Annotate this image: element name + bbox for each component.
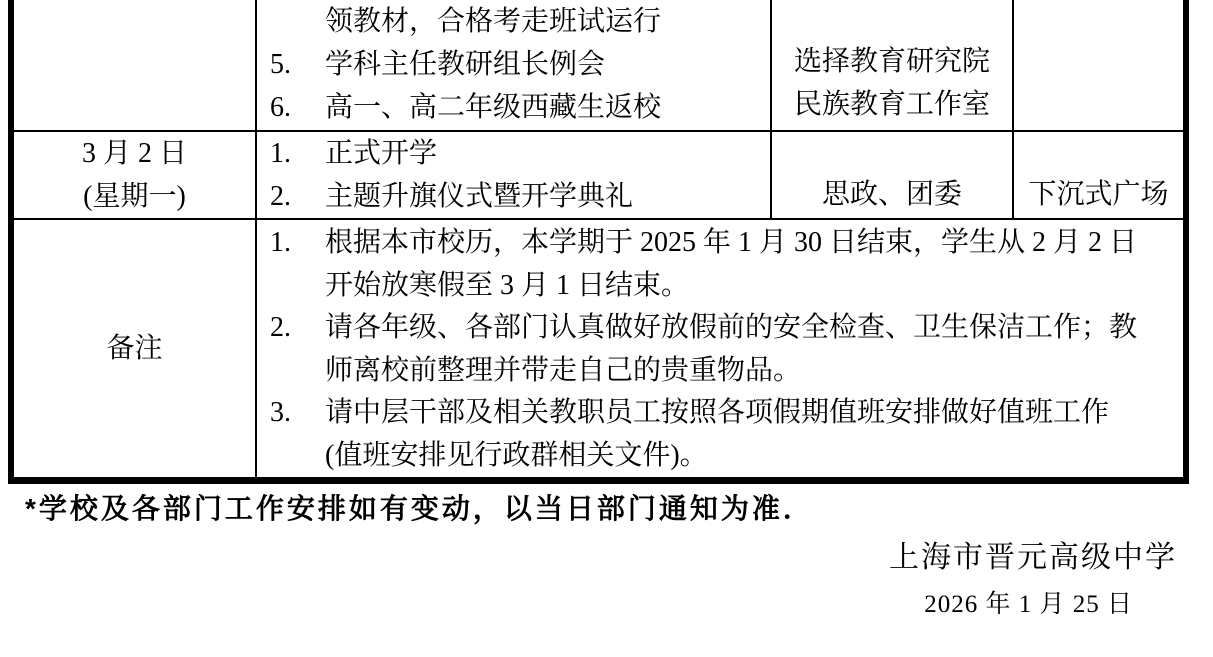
department-line: 选择教育研究院 xyxy=(772,40,1012,83)
remark-line: 师离校前整理并带走自己的贵重物品。 xyxy=(325,350,1183,393)
item-number: 2. xyxy=(270,307,325,392)
item-number: 2. xyxy=(270,175,325,218)
item-text: 正式开学 xyxy=(325,132,770,175)
activities-cell: 领教材，合格考走班试运行 5. 学科主任教研组长例会 6. 高一、高二年级西藏生… xyxy=(255,0,770,130)
table-row: 3 月 2 日 (星期一) 1. 正式开学 2. 主题升旗仪式暨开学典礼 xyxy=(14,130,1183,218)
item-text: 领教材，合格考走班试运行 xyxy=(325,0,770,43)
location-cell: 下沉式广场 xyxy=(1012,132,1183,218)
location-cell xyxy=(1012,0,1183,130)
location-line: 下沉式广场 xyxy=(1014,173,1183,216)
item-text: 高一、高二年级西藏生返校 xyxy=(325,86,770,129)
item-number: 1. xyxy=(270,222,325,307)
department-cell: 选择教育研究院 民族教育工作室 xyxy=(770,0,1012,130)
remarks-label: 备注 xyxy=(106,327,162,370)
remarks-label-cell: 备注 xyxy=(14,220,255,477)
item-text: 主题升旗仪式暨开学典礼 xyxy=(325,175,770,218)
remarks-content-cell: 1. 根据本市校历，本学期于 2025 年 1 月 30 日结束，学生从 2 月… xyxy=(255,220,1183,477)
date-line: (星期一) xyxy=(14,175,255,218)
remark-line: 请中层干部及相关教职员工按照各项假期值班安排做好值班工作 xyxy=(325,392,1183,435)
department-cell: 思政、团委 xyxy=(770,132,1012,218)
remarks-row: 备注 1. 根据本市校历，本学期于 2025 年 1 月 30 日结束，学生从 … xyxy=(14,218,1183,477)
activity-item: 5. 学科主任教研组长例会 xyxy=(257,43,770,86)
date-cell xyxy=(14,0,255,130)
document-page: 领教材，合格考走班试运行 5. 学科主任教研组长例会 6. 高一、高二年级西藏生… xyxy=(0,0,1213,657)
item-text: 学科主任教研组长例会 xyxy=(325,43,770,86)
item-number: 1. xyxy=(270,132,325,175)
activity-item: 2. 主题升旗仪式暨开学典礼 xyxy=(257,175,770,218)
remark-line: (值班安排见行政群相关文件)。 xyxy=(325,435,1183,478)
remark-item: 3. 请中层干部及相关教职员工按照各项假期值班安排做好值班工作 (值班安排见行政… xyxy=(257,392,1183,477)
item-number: 3. xyxy=(270,392,325,477)
item-number: 6. xyxy=(270,86,325,129)
remark-line: 请各年级、各部门认真做好放假前的安全检查、卫生保洁工作；教 xyxy=(325,307,1183,350)
date-line: 3 月 2 日 xyxy=(14,132,255,175)
item-number: 5. xyxy=(270,43,325,86)
table-row: 领教材，合格考走班试运行 5. 学科主任教研组长例会 6. 高一、高二年级西藏生… xyxy=(14,0,1183,130)
schedule-table: 领教材，合格考走班试运行 5. 学科主任教研组长例会 6. 高一、高二年级西藏生… xyxy=(8,0,1189,484)
date-cell: 3 月 2 日 (星期一) xyxy=(14,132,255,218)
signature-date: 2026 年 1 月 25 日 xyxy=(924,584,1133,620)
remark-line: 开始放寒假至 3 月 1 日结束。 xyxy=(325,265,1183,308)
remark-item: 2. 请各年级、各部门认真做好放假前的安全检查、卫生保洁工作；教 师离校前整理并… xyxy=(257,307,1183,392)
activity-item: 领教材，合格考走班试运行 xyxy=(257,0,770,43)
activities-cell: 1. 正式开学 2. 主题升旗仪式暨开学典礼 xyxy=(255,132,770,218)
activity-item: 6. 高一、高二年级西藏生返校 xyxy=(257,86,770,129)
remark-line: 根据本市校历，本学期于 2025 年 1 月 30 日结束，学生从 2 月 2 … xyxy=(325,222,1183,265)
item-number xyxy=(270,0,325,43)
department-line: 民族教育工作室 xyxy=(772,83,1012,126)
activity-item: 1. 正式开学 xyxy=(257,132,770,175)
remark-item: 1. 根据本市校历，本学期于 2025 年 1 月 30 日结束，学生从 2 月… xyxy=(257,222,1183,307)
signature-school: 上海市晋元高级中学 xyxy=(889,532,1177,576)
footnote: *学校及各部门工作安排如有变动，以当日部门通知为准． xyxy=(25,487,814,527)
department-line: 思政、团委 xyxy=(772,173,1012,216)
